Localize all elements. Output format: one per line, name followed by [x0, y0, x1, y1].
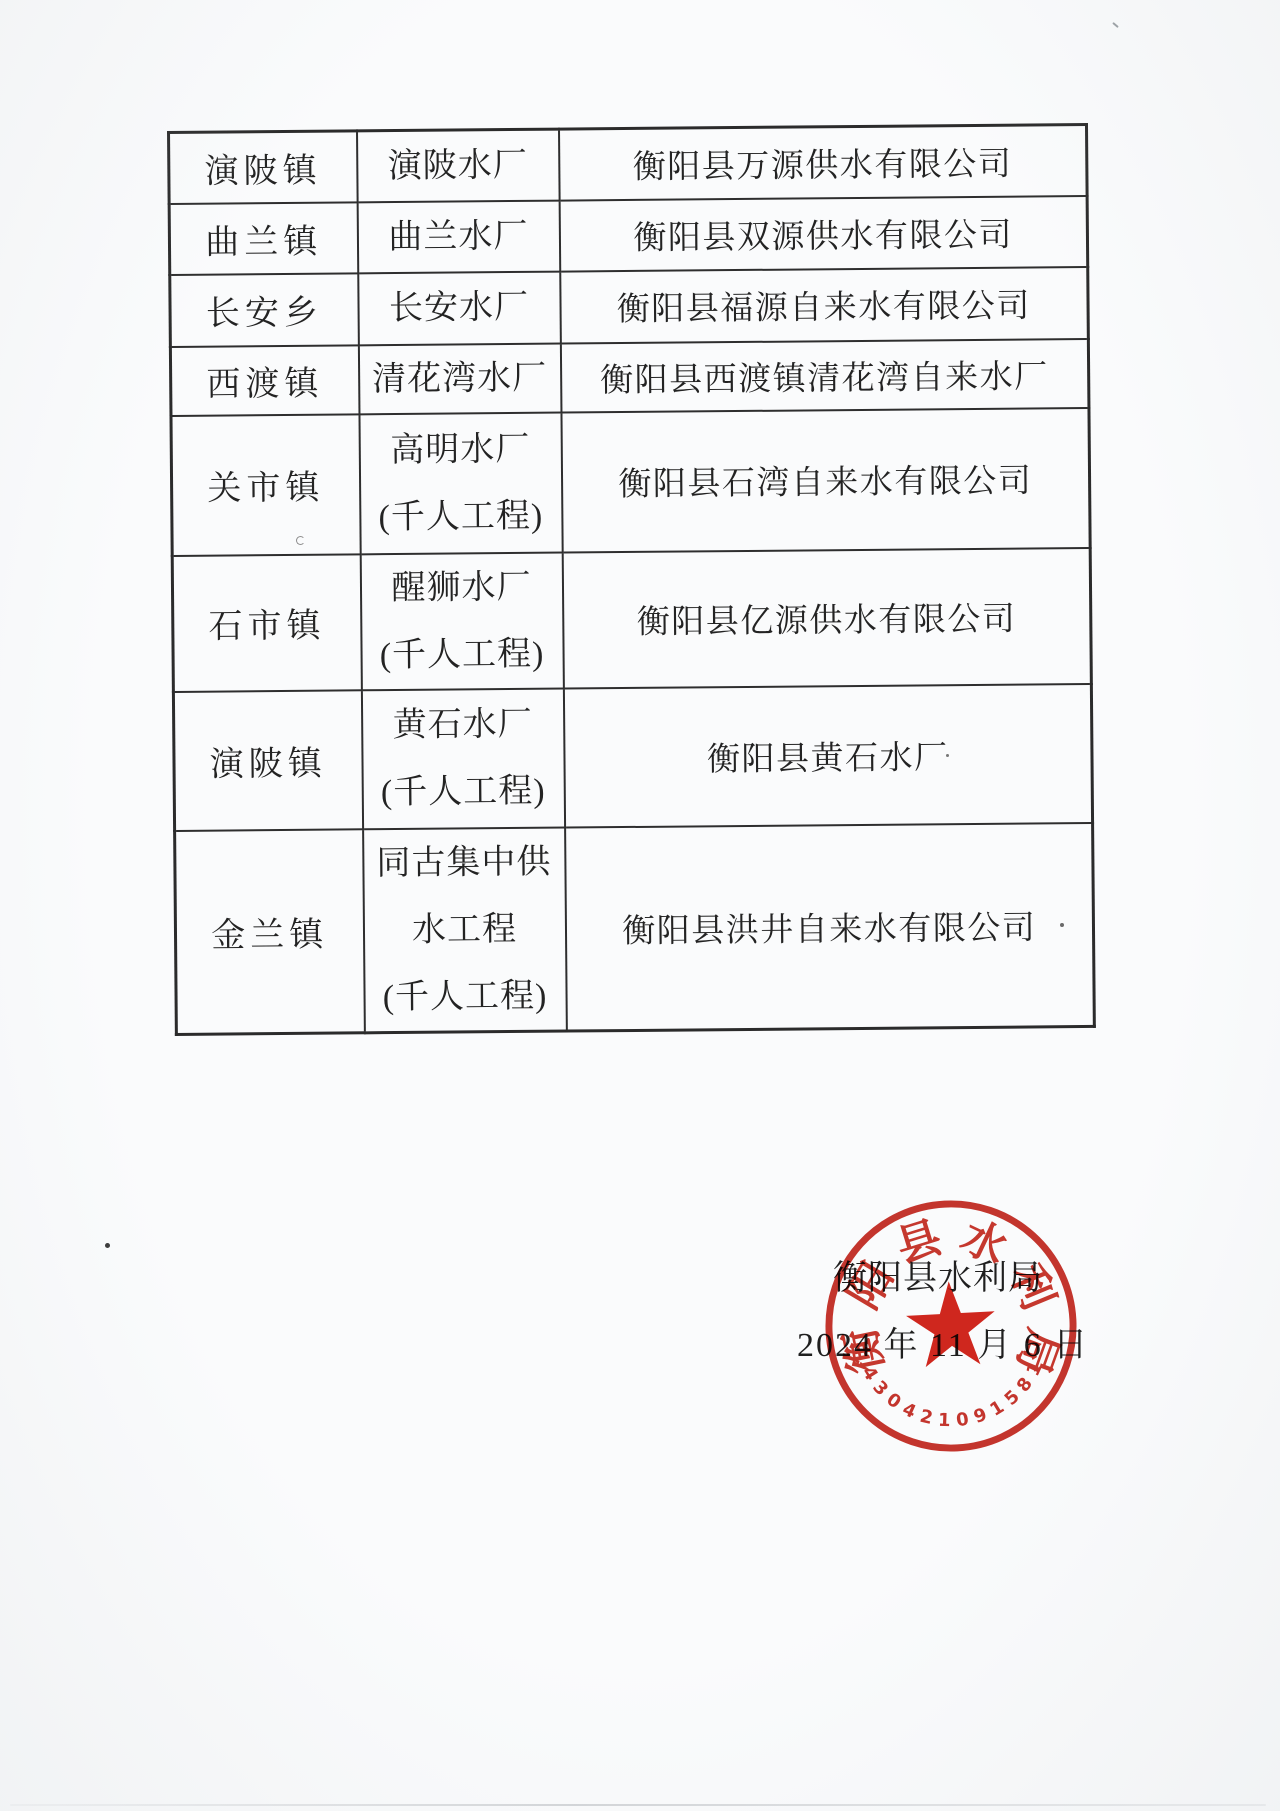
- company-cell: 衡阳县西渡镇清花湾自来水厂: [560, 338, 1089, 412]
- plant-line: 黄石水厂: [362, 691, 563, 760]
- plant-line: (千人工程): [365, 962, 566, 1031]
- scanned-document-page: 演陂镇演陂水厂衡阳县万源供水有限公司曲兰镇曲兰水厂衡阳县双源供水有限公司长安乡长…: [0, 0, 1280, 1811]
- table-row: 石市镇醒狮水厂(千人工程)衡阳县亿源供水有限公司: [172, 547, 1091, 691]
- water-plants-table-grid: 演陂镇演陂水厂衡阳县万源供水有限公司曲兰镇曲兰水厂衡阳县双源供水有限公司长安乡长…: [167, 123, 1096, 1036]
- town-cell: 关市镇: [171, 414, 360, 556]
- plant-line: 水工程: [364, 895, 565, 964]
- plant-line: 高明水厂: [360, 415, 561, 484]
- company-cell: 衡阳县万源供水有限公司: [558, 124, 1087, 200]
- town-cell: 演陂镇: [169, 131, 358, 204]
- plant-cell: 清花湾水厂: [358, 343, 561, 414]
- water-plants-table: 演陂镇演陂水厂衡阳县万源供水有限公司曲兰镇曲兰水厂衡阳县双源供水有限公司长安乡长…: [167, 123, 1093, 1035]
- company-cell: 衡阳县洪井自来水有限公司: [565, 822, 1095, 1030]
- paper-speck: [105, 1243, 110, 1248]
- plant-cell: 醒狮水厂(千人工程): [360, 552, 563, 690]
- plant-cell: 曲兰水厂: [357, 200, 560, 273]
- town-cell: 石市镇: [172, 554, 361, 692]
- table-row: 演陂镇演陂水厂衡阳县万源供水有限公司: [169, 124, 1088, 203]
- table-row: 曲兰镇曲兰水厂衡阳县双源供水有限公司: [169, 195, 1088, 274]
- town-cell: 西渡镇: [170, 345, 359, 416]
- table-row: 金兰镇同古集中供水工程(千人工程)衡阳县洪井自来水有限公司: [175, 822, 1095, 1034]
- town-cell: 曲兰镇: [169, 202, 358, 275]
- plant-line: 醒狮水厂: [361, 553, 562, 622]
- town-cell: 金兰镇: [175, 829, 365, 1034]
- plant-line: 长安水厂: [359, 274, 560, 343]
- plant-line: (千人工程): [361, 482, 562, 551]
- company-cell: 衡阳县双源供水有限公司: [559, 195, 1088, 271]
- table-body: 演陂镇演陂水厂衡阳县万源供水有限公司曲兰镇曲兰水厂衡阳县双源供水有限公司长安乡长…: [169, 124, 1095, 1033]
- plant-line: 清花湾水厂: [359, 344, 560, 413]
- table-row: 西渡镇清花湾水厂衡阳县西渡镇清花湾自来水厂: [170, 338, 1089, 415]
- plant-cell: 长安水厂: [358, 271, 561, 345]
- plant-cell: 同古集中供水工程(千人工程): [363, 827, 567, 1032]
- plant-line: 曲兰水厂: [358, 202, 559, 271]
- star-icon: [904, 1279, 997, 1368]
- official-seal-stamp: 衡阳县水利局 4304210915812: [815, 1190, 1086, 1461]
- plant-line: (千人工程): [362, 620, 563, 689]
- paper-speck: [1112, 22, 1119, 28]
- plant-cell: 高明水厂(千人工程): [359, 412, 562, 554]
- company-cell: 衡阳县福源自来水有限公司: [560, 266, 1089, 343]
- scan-bottom-edge: [10, 1804, 1266, 1806]
- table-row: 关市镇高明水厂(千人工程)衡阳县石湾自来水有限公司: [171, 407, 1090, 555]
- company-cell: 衡阳县黄石水厂: [563, 683, 1092, 827]
- table-row: 演陂镇黄石水厂(千人工程)衡阳县黄石水厂: [173, 683, 1092, 830]
- plant-cell: 黄石水厂(千人工程): [361, 688, 564, 829]
- plant-line: 同古集中供: [364, 828, 565, 897]
- plant-line: (千人工程): [363, 758, 564, 827]
- town-cell: 演陂镇: [173, 690, 362, 831]
- plant-cell: 演陂水厂: [357, 129, 560, 202]
- plant-line: 演陂水厂: [358, 131, 559, 200]
- town-cell: 长安乡: [170, 273, 359, 347]
- company-cell: 衡阳县石湾自来水有限公司: [561, 407, 1090, 552]
- company-cell: 衡阳县亿源供水有限公司: [562, 547, 1091, 688]
- table-row: 长安乡长安水厂衡阳县福源自来水有限公司: [170, 266, 1089, 346]
